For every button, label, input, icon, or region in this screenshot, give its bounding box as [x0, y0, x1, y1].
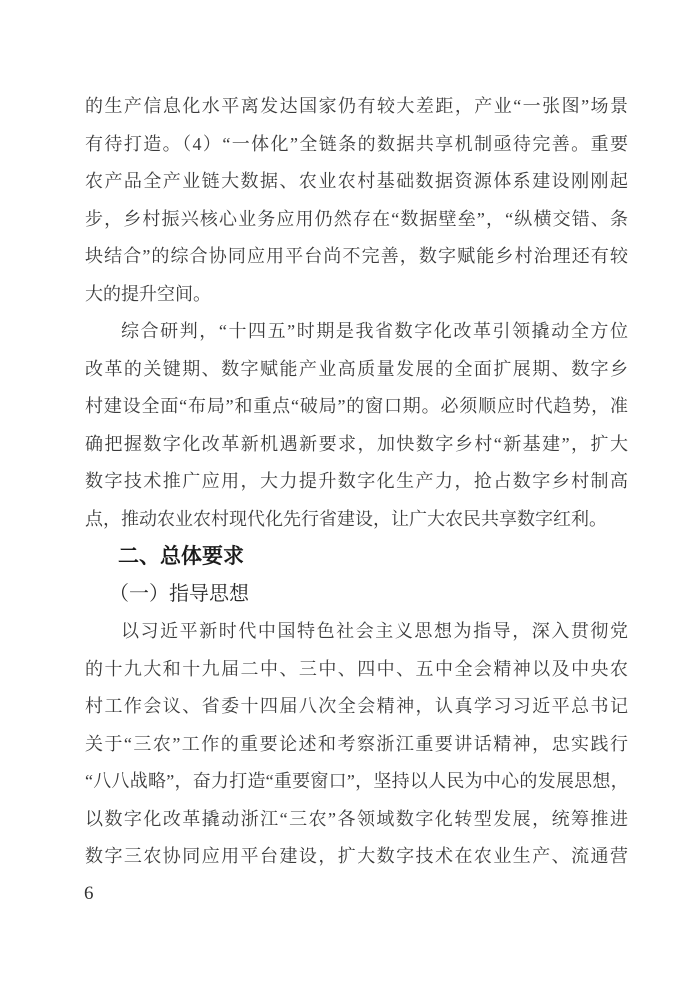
document-body: 的生产信息化水平离发达国家仍有较大差距，产业“一张图”场景 有待打造。（4）“一… — [85, 88, 628, 876]
body-line: 村工作会议、省委十四届八次全会精神，认真学习习近平总书记 — [85, 688, 628, 726]
page-number: 6 — [84, 882, 94, 906]
subsection-heading: （一）指导思想 — [85, 576, 628, 614]
body-line: 有待打造。（4）“一体化”全链条的数据共享机制亟待完善。重要 — [85, 126, 628, 164]
body-line: 村建设全面“布局”和重点“破局”的窗口期。必须顺应时代趋势，准 — [85, 388, 628, 426]
body-line: 数字三农协同应用平台建设，扩大数字技术在农业生产、流通营 — [85, 838, 628, 876]
body-line: 农产品全产业链大数据、农业农村基础数据资源体系建设刚刚起 — [85, 163, 628, 201]
section-heading: 二、总体要求 — [85, 538, 628, 576]
body-line: 步，乡村振兴核心业务应用仍然存在“数据壁垒”，“纵横交错、条 — [85, 201, 628, 239]
body-line-paragraph-end: 大的提升空间。 — [85, 276, 628, 314]
body-line-paragraph-start: 综合研判，“十四五”时期是我省数字化改革引领撬动全方位 — [85, 313, 628, 351]
body-line: 以数字化改革撬动浙江“三农”各领域数字化转型发展，统筹推进 — [85, 801, 628, 839]
body-line-paragraph-start: 以习近平新时代中国特色社会主义思想为指导，深入贯彻党 — [85, 613, 628, 651]
body-line: 数字技术推广应用，大力提升数字化生产力，抢占数字乡村制高 — [85, 463, 628, 501]
body-line: 改革的关键期、数字赋能产业高质量发展的全面扩展期、数字乡 — [85, 351, 628, 389]
body-line-paragraph-end: 点，推动农业农村现代化先行省建设，让广大农民共享数字红利。 — [85, 501, 628, 539]
body-line: 的十九大和十九届二中、三中、四中、五中全会精神以及中央农 — [85, 651, 628, 689]
document-page: 的生产信息化水平离发达国家仍有较大差距，产业“一张图”场景 有待打造。（4）“一… — [0, 0, 700, 990]
body-line: “八八战略”，奋力打造“重要窗口”，坚持以人民为中心的发展思想， — [85, 763, 628, 801]
body-line: 的生产信息化水平离发达国家仍有较大差距，产业“一张图”场景 — [85, 88, 628, 126]
body-line: 块结合”的综合协同应用平台尚不完善，数字赋能乡村治理还有较 — [85, 238, 628, 276]
body-line: 确把握数字化改革新机遇新要求，加快数字乡村“新基建”，扩大 — [85, 426, 628, 464]
body-line: 关于“三农”工作的重要论述和考察浙江重要讲话精神，忠实践行 — [85, 726, 628, 764]
